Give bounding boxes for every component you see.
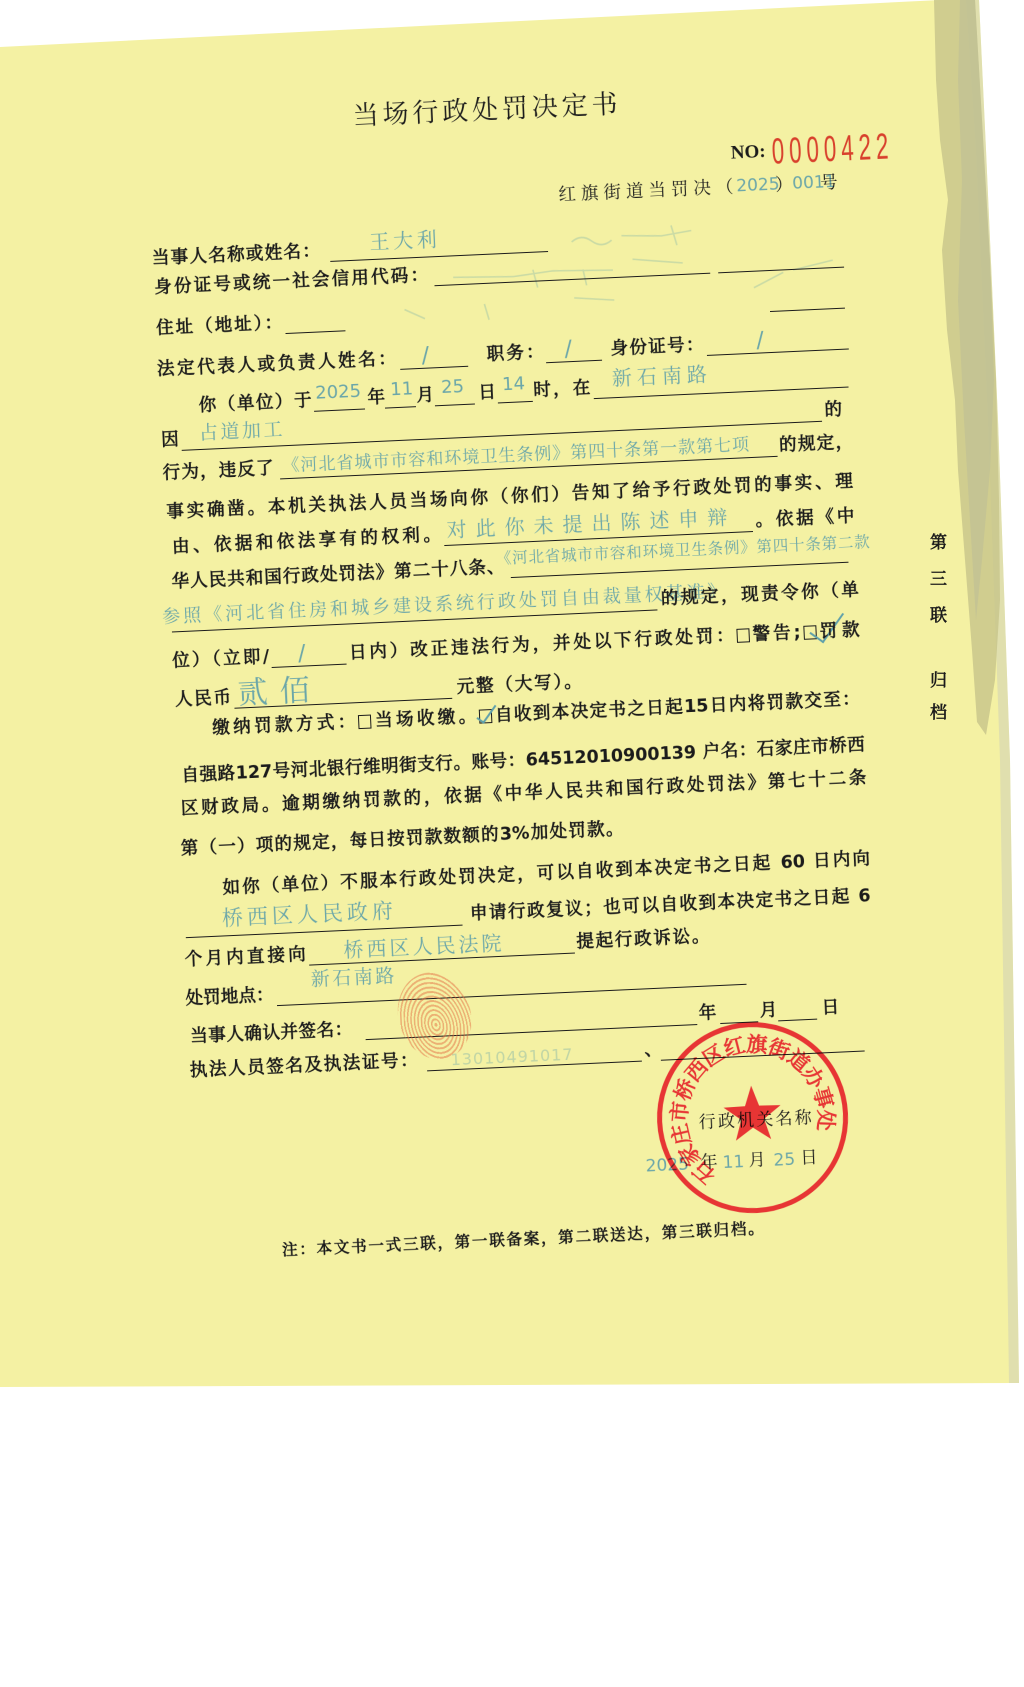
pay-on-site-checkbox [358,715,372,730]
notice-line-2-prefix: 由、依据和依法享有的权利。 [172,524,442,558]
payment-method-label: 缴纳罚款方式： [212,711,356,739]
incident-year-field [314,408,365,411]
reference-year: 2025 [736,176,780,195]
amount-suffix: 元整（大写）。 [456,671,582,699]
year-unit: 年 [367,387,385,410]
cause-value: 占道加工 [199,420,286,443]
warning-option-label: 警告; [752,622,801,646]
copy-purpose-label: 归档 [924,671,949,735]
serial-number: 0000422 [771,128,894,169]
legal-rep-field [400,366,468,370]
incident-month: 11 [390,380,414,399]
fine-checkbox [803,625,817,640]
notice-line-5-middle: 日内）改正违法行为，并处以下行政处罚： [349,625,735,664]
position-field [546,360,602,364]
payment-surcharge-line: 第（一）项的规定，每日按罚款数额的3%加处罚款。 [180,818,624,860]
legal-rep-value: / [421,346,429,368]
rep-id-value: / [756,330,764,352]
decision-form: 当场行政处罚决定书 NO: 0000422 红旗街道当罚决（ 2025 ） 00… [152,226,917,1258]
rep-id-label: 身份证号： [610,334,704,360]
notice-line-3-prefix: 华人民共和国行政处罚法》第二十八条、 [171,556,505,593]
appeal-line-3-suffix: 提起行政诉讼。 [576,925,710,953]
incident-day: 25 [441,378,465,397]
warning-checkbox [736,628,750,643]
amount-prefix: 人民币 [175,687,232,712]
correction-days-value: / [298,643,306,665]
official-seal: 石家庄市桥西区红旗街道办事处 [648,1013,857,1222]
incident-hour: 14 [502,375,526,394]
incident-month-field [385,406,416,408]
notice-line-5-prefix: 位）（立即/ [172,646,270,672]
appeal-line-3-prefix: 个月内直接向 [184,944,306,971]
notice-line-2-suffix: 。依据《中 [755,505,855,531]
officer-signature-label: 执法人员签名及执法证号： [189,1050,418,1082]
reference-suffix: 号 [820,172,838,195]
hour-unit: 时，在 [533,377,591,402]
seal-star-icon [723,1084,782,1141]
position-value: / [564,339,572,361]
cause-prefix: 因 [161,429,179,452]
location-suffix: 的 [824,399,842,422]
position-label: 职务： [486,341,544,366]
reference-close-paren: ） [775,174,793,197]
day-unit: 日 [478,382,496,405]
serial-label: NO: [730,141,766,165]
incident-year: 2025 [315,383,362,403]
penalty-place-label: 处罚地点： [185,984,274,1010]
review-body-value: 桥西区人民政府 [222,901,398,930]
incident-day-field [435,404,475,407]
scanned-page: 第三联 归档 当场行政处罚决定书 NO: 0000422 红旗街道当罚决（ 20… [0,0,1024,1687]
appeal-line-2-suffix: 申请行政复议；也可以自收到本决定书之日起 6 [470,885,872,925]
amount-in-words: 贰佰 [237,676,322,710]
pay-on-site-label: 当场收缴。 [375,706,477,733]
penalty-place-value: 新石南路 [310,967,397,990]
month-unit: 月 [416,384,434,407]
fine-option-label: 罚款 [819,619,860,643]
correction-days-field [272,664,347,668]
copy-number-label: 第三联 [924,533,949,643]
incident-intro: 你（单位）于 [198,390,312,417]
party-name-value: 王大利 [369,229,441,252]
incident-hour-field [498,401,533,404]
pay-to-bank-checkbox [479,709,493,724]
rep-id-field [707,348,849,355]
violation-prefix: 行为，违反了 [162,458,274,485]
party-signature-label: 当事人确认并签名： [190,1019,353,1048]
statement-response-value: 对此你未提出陈述申辩 [446,507,737,540]
violation-suffix: 的规定， [779,431,854,456]
incident-location: 新石南路 [611,364,712,389]
